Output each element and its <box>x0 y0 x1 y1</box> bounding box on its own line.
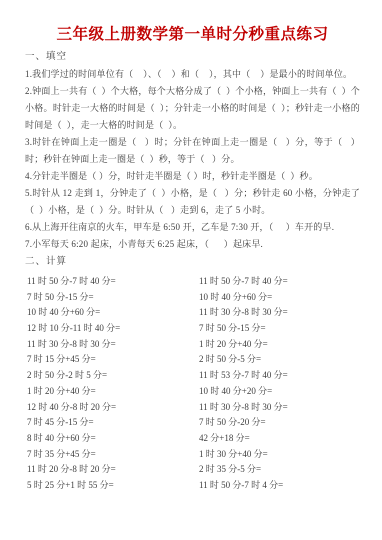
section-fill-heading: 一、填空 <box>25 49 360 66</box>
calc-problem-right-13: 2 时 35 分-5 分= <box>197 462 360 478</box>
calc-column-left: 11 时 50 分-7 时 40 分= 7 时 50 分-15 分= 10 时 … <box>25 274 197 494</box>
worksheet-page: 三年级上册数学第一单时分秒重点练习 一、填空 1.我们学过的时间单位有（ ）、（… <box>0 0 382 540</box>
calc-problem-right-3: 11 时 30 分-8 时 30 分= <box>197 305 360 321</box>
calc-problem-left-10: 7 时 45 分-15 分= <box>25 415 197 431</box>
calc-problem-left-5: 11 时 30 分-8 时 30 分= <box>25 337 197 353</box>
calc-problem-right-9: 11 时 30 分-8 时 30 分= <box>197 400 360 416</box>
fill-question-1: 1.我们学过的时间单位有（ ）、（ ）和（ ），其中（ ）是最小的时间单位。 <box>25 66 360 83</box>
calc-problem-left-2: 7 时 50 分-15 分= <box>25 290 197 306</box>
calc-problem-right-14: 11 时 50 分-7 时 4 分= <box>197 478 360 494</box>
fill-question-4: 4.分针走半圈是（ ）分，时针走半圈是（ ）时，秒针走半圈是（ ）秒。 <box>25 168 360 185</box>
calc-problem-left-11: 8 时 40 分+60 分= <box>25 431 197 447</box>
calc-problem-right-10: 7 时 50 分-20 分= <box>197 415 360 431</box>
calc-problem-left-14: 5 时 25 分+1 时 55 分= <box>25 478 197 494</box>
calc-problem-right-8: 10 时 40 分+20 分= <box>197 384 360 400</box>
calc-problem-left-6: 7 时 15 分+45 分= <box>25 352 197 368</box>
calc-problem-right-11: 42 分+18 分= <box>197 431 360 447</box>
calc-problem-left-7: 2 时 50 分-2 时 5 分= <box>25 368 197 384</box>
calc-problem-right-2: 10 时 40 分+60 分= <box>197 290 360 306</box>
section-calc-heading: 二、计算 <box>25 254 360 271</box>
calc-problem-right-7: 11 时 53 分-7 时 40 分= <box>197 368 360 384</box>
calc-problem-left-9: 12 时 40 分-8 时 20 分= <box>25 400 197 416</box>
fill-question-3: 3.时针在钟面上走一圈是（ ）时；分针在钟面上走一圈是（ ）分，等于（ ）时；秒… <box>25 134 360 168</box>
calc-problem-right-6: 2 时 50 分-5 分= <box>197 352 360 368</box>
fill-question-6: 6.从上海开往南京的火车，甲车是 6:50 开，乙车是 7:30 开，（ ）车开… <box>25 219 360 236</box>
fill-question-2: 2.钟面上一共有（ ）个大格，每个大格分成了（ ）个小格，钟面上一共有（ ）个小… <box>25 83 360 134</box>
calc-problem-left-1: 11 时 50 分-7 时 40 分= <box>25 274 197 290</box>
calc-problem-left-3: 10 时 40 分+60 分= <box>25 305 197 321</box>
fill-question-5: 5.时针从 12 走到 1，分钟走了（ ）小格，是（ ）分；秒针走 60 小格，… <box>25 185 360 219</box>
calc-problem-left-4: 12 时 10 分-11 时 40 分= <box>25 321 197 337</box>
calc-problem-right-5: 1 时 20 分+40 分= <box>197 337 360 353</box>
fill-question-7: 7.小军每天 6:20 起床，小青每天 6:25 起床，（ ）起床早. <box>25 236 360 253</box>
page-title: 三年级上册数学第一单时分秒重点练习 <box>25 26 360 44</box>
calc-problem-left-13: 11 时 20 分-8 时 20 分= <box>25 462 197 478</box>
calc-problem-left-8: 1 时 20 分+40 分= <box>25 384 197 400</box>
calc-column-right: 11 时 50 分-7 时 40 分= 10 时 40 分+60 分= 11 时… <box>197 274 360 494</box>
calc-problem-right-12: 1 时 30 分+40 分= <box>197 447 360 463</box>
calc-problem-right-1: 11 时 50 分-7 时 40 分= <box>197 274 360 290</box>
calc-problem-right-4: 7 时 50 分-15 分= <box>197 321 360 337</box>
calc-grid: 11 时 50 分-7 时 40 分= 7 时 50 分-15 分= 10 时 … <box>25 274 360 494</box>
calc-problem-left-12: 7 时 35 分+45 分= <box>25 447 197 463</box>
